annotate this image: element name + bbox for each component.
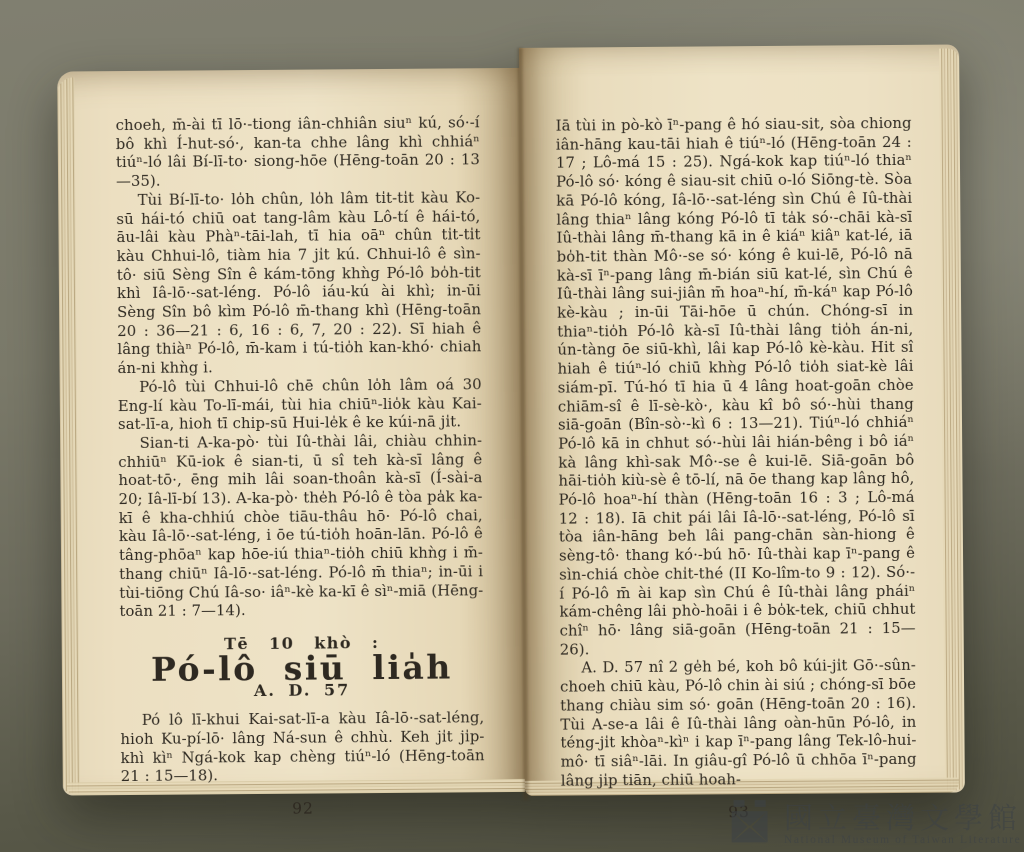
book-photo-stage: choeh, m̄-ài tī lō·-tiong iân-chhiân siu… [0, 0, 1024, 852]
paragraph: choeh, m̄-ài tī lō·-tiong iân-chhiân siu… [116, 114, 481, 192]
paragraph: A. D. 57 nî 2 ge̍h bé, koh bô kúi-ji̍t G… [560, 657, 917, 791]
museum-name-english: National Museum of Taiwan Literature [784, 834, 1022, 846]
chapter-title: Pó-lô siū lia̍h [120, 658, 484, 680]
museum-logo-icon [728, 800, 774, 848]
paragraph: Pó lô lī-khui Kai-sat-lī-a kàu Iâ-lō·-sa… [120, 709, 485, 787]
paragraph: Pó-lô tùi Chhui-lô chē chûn lo̍h lâm oá … [118, 376, 482, 435]
page-left: choeh, m̄-ài tī lō·-tiong iân-chhiân siu… [57, 68, 525, 796]
museum-name-chinese: 國立臺灣文學館 [784, 803, 1022, 833]
page-left-content: choeh, m̄-ài tī lō·-tiong iân-chhiân siu… [57, 68, 525, 796]
page-right-content: Iā tùi in pò-kò īⁿ-pang ê hó siau-sit, s… [519, 44, 965, 795]
chapter-heading: Tē 10 khò : Pó-lô siū lia̍h A. D. 57 [120, 633, 485, 702]
paragraph: Tùi Bí-lī-to· lo̍h chûn, lo̍h lâm ti̍t-t… [116, 189, 481, 379]
paragraph: Iā tùi in pò-kò īⁿ-pang ê hó siau-sit, s… [556, 115, 916, 660]
museum-watermark: 國立臺灣文學館 National Museum of Taiwan Litera… [728, 800, 1022, 848]
page-right: Iā tùi in pò-kò īⁿ-pang ê hó siau-sit, s… [519, 44, 965, 795]
open-book: choeh, m̄-ài tī lō·-tiong iân-chhiân siu… [57, 44, 965, 803]
paragraph: Sian-ti A-ka-pò· tùi Iû-thài lâi, chiàu … [118, 432, 483, 622]
page-number-left: 92 [121, 798, 485, 820]
museum-watermark-text: 國立臺灣文學館 National Museum of Taiwan Litera… [784, 803, 1022, 846]
